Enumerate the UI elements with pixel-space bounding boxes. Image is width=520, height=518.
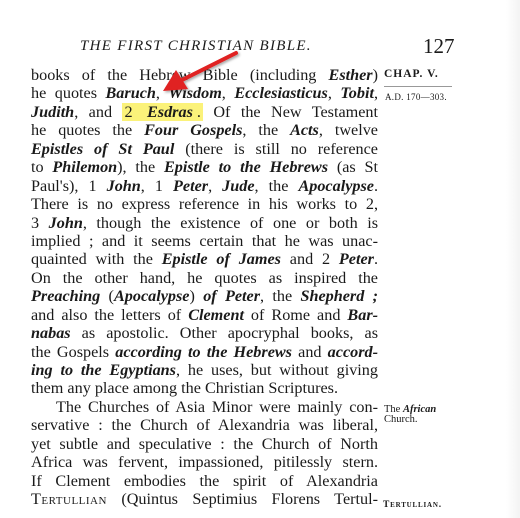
italic-title: Peter bbox=[339, 250, 374, 268]
text-run: On the other hand, he quotes as inspired… bbox=[31, 269, 378, 287]
text-run: , bbox=[374, 84, 378, 102]
italic-title: Shepherd ; bbox=[300, 287, 378, 305]
text-run: ) bbox=[189, 287, 203, 305]
text-line: Tertullian (Quintus Septimius Florens Te… bbox=[31, 490, 378, 508]
italic-title: Esther bbox=[329, 66, 373, 84]
italic-title: John bbox=[49, 214, 83, 232]
text-run: and 2 bbox=[281, 250, 339, 268]
text-run: , the bbox=[242, 121, 290, 139]
text-run: he quotes bbox=[31, 84, 106, 102]
text-run: . bbox=[374, 250, 378, 268]
text-line: nabas as apostolic. Other apocryphal boo… bbox=[31, 324, 378, 342]
italic-title: Acts bbox=[290, 121, 319, 139]
page-number: 127 bbox=[423, 34, 455, 59]
text-run: , 1 bbox=[141, 177, 173, 195]
italic-title: accord- bbox=[328, 343, 378, 361]
text-run: (there is still no reference bbox=[174, 140, 378, 158]
running-title: THE FIRST CHRISTIAN BIBLE. bbox=[80, 38, 312, 55]
text-run: , bbox=[208, 177, 222, 195]
text-run: implied ; and it seems certain that he w… bbox=[31, 232, 378, 250]
text-line: ing to the Egyptians, he uses, but witho… bbox=[31, 361, 378, 379]
text-line: Paul's), 1 John, 1 Peter, Jude, the Apoc… bbox=[31, 177, 378, 195]
text-run: The Churches of Asia Minor were mainly c… bbox=[56, 398, 378, 416]
text-line: books of the Hebrew Bible (including Est… bbox=[31, 66, 378, 84]
text-run: servative : the Church of Alexandria was… bbox=[31, 416, 378, 434]
text-line: implied ; and it seems certain that he w… bbox=[31, 232, 378, 250]
italic-title: Epistles of St Paul bbox=[31, 140, 174, 158]
highlighted-text: 2 bbox=[122, 103, 145, 121]
text-run: the Gospels bbox=[31, 343, 115, 361]
text-run: . bbox=[374, 177, 378, 195]
margin-chapter: CHAP. V. bbox=[384, 68, 439, 80]
italic-title: of Peter bbox=[203, 287, 260, 305]
text-line: and also the letters of Clement of Rome … bbox=[31, 306, 378, 324]
text-line: he quotes the Four Gospels, the Acts, tw… bbox=[31, 121, 378, 139]
text-run: , bbox=[328, 84, 341, 102]
text-run: he quotes the bbox=[31, 121, 144, 139]
text-run: and also the letters of bbox=[31, 306, 188, 324]
text-run: quainted with the bbox=[31, 250, 162, 268]
text-line: Preaching (Apocalypse) of Peter, the She… bbox=[31, 287, 378, 305]
text-run: books of the Hebrew Bible (including bbox=[31, 66, 329, 84]
text-run: There is no express reference in his wor… bbox=[31, 195, 378, 213]
text-run: , the bbox=[260, 287, 300, 305]
text-run: Paul's), 1 bbox=[31, 177, 107, 195]
text-line: yet subtle and speculative : the Church … bbox=[31, 435, 378, 453]
text-run: (Quintus Septimius Florens Tertul- bbox=[107, 490, 378, 508]
text-line: the Gospels according to the Hebrews and… bbox=[31, 343, 378, 361]
text-line: quainted with the Epistle of James and 2… bbox=[31, 250, 378, 268]
italic-title: Apocalypse bbox=[114, 287, 190, 305]
italic-title: Jude bbox=[222, 177, 254, 195]
text-line: There is no express reference in his wor… bbox=[31, 195, 378, 213]
italic-title: Baruch bbox=[106, 84, 156, 102]
text-line: If Clement embodies the spirit of Alexan… bbox=[31, 472, 378, 490]
text-run: yet subtle and speculative : the Church … bbox=[31, 435, 378, 453]
text-run: ) bbox=[373, 66, 378, 84]
italic-title: Epistle to the Hebrews bbox=[164, 158, 328, 176]
text-run: to bbox=[31, 158, 52, 176]
text-run: ( bbox=[100, 287, 114, 305]
text-line: The Churches of Asia Minor were mainly c… bbox=[31, 398, 378, 416]
text-run: , and bbox=[74, 103, 122, 121]
text-run: If Clement embodies the spirit of Alexan… bbox=[31, 472, 378, 490]
italic-title: Bar- bbox=[347, 306, 378, 324]
italic-title: Ecclesiasticus bbox=[234, 84, 328, 102]
text-line: Judith, and 2 Esdras. Of the New Testame… bbox=[31, 103, 378, 121]
margin-rule bbox=[384, 86, 452, 87]
margin-date: A.D. 170—303. bbox=[385, 92, 447, 102]
margin-note-tertullian: Tertullian. bbox=[383, 500, 442, 510]
italic-title: Four Gospels bbox=[144, 121, 242, 139]
italic-title: ing to the Egyptians bbox=[31, 361, 176, 379]
small-caps-name: Tertullian bbox=[31, 490, 107, 508]
text-line: servative : the Church of Alexandria was… bbox=[31, 416, 378, 434]
italic-title: Tobit bbox=[340, 84, 374, 102]
italic-title: nabas bbox=[31, 324, 71, 342]
text-line: Epistles of St Paul (there is still no r… bbox=[31, 140, 378, 158]
text-line: to Philemon), the Epistle to the Hebrews… bbox=[31, 158, 378, 176]
italic-title: Judith bbox=[31, 103, 74, 121]
italic-title: Wisdom bbox=[168, 84, 221, 102]
italic-title: Peter bbox=[173, 177, 208, 195]
italic-title: John bbox=[107, 177, 141, 195]
italic-title: according to the Hebrews bbox=[115, 343, 292, 361]
margin-note-african-church: The African Church. bbox=[384, 405, 436, 425]
margin-note-text: Church. bbox=[384, 414, 418, 425]
page-edge-shadow bbox=[506, 0, 520, 518]
text-run: (as St bbox=[328, 158, 378, 176]
italic-title: Philemon bbox=[52, 158, 117, 176]
text-run: Africa was fervent, impassioned, pitiles… bbox=[31, 453, 378, 471]
text-run: , twelve bbox=[319, 121, 378, 139]
text-run: , bbox=[222, 84, 235, 102]
text-run: Of the New Testament bbox=[203, 103, 378, 121]
text-run: , though the existence of one or both is bbox=[83, 214, 378, 232]
italic-title: Apocalypse bbox=[298, 177, 374, 195]
text-run: , the bbox=[255, 177, 299, 195]
text-line: he quotes Baruch, Wisdom, Ecclesiasticus… bbox=[31, 84, 378, 102]
text-run: 3 bbox=[31, 214, 49, 232]
italic-title: Epistle of James bbox=[162, 250, 281, 268]
text-run: ), the bbox=[117, 158, 164, 176]
text-run: , bbox=[156, 84, 169, 102]
text-run: them any place among the Christian Scrip… bbox=[31, 379, 338, 397]
italic-title: Preaching bbox=[31, 287, 100, 305]
italic-title: Clement bbox=[188, 306, 244, 324]
text-line: Africa was fervent, impassioned, pitiles… bbox=[31, 453, 378, 471]
text-line: them any place among the Christian Scrip… bbox=[31, 379, 378, 397]
highlighted-text: . bbox=[195, 103, 203, 121]
text-run: of Rome and bbox=[244, 306, 347, 324]
text-line: 3 John, though the existence of one or b… bbox=[31, 214, 378, 232]
text-run: as apostolic. Other apocryphal books, as bbox=[71, 324, 378, 342]
highlighted-text: Esdras bbox=[145, 103, 195, 121]
text-line: On the other hand, he quotes as inspired… bbox=[31, 269, 378, 287]
body-text: books of the Hebrew Bible (including Est… bbox=[31, 66, 378, 509]
text-run: and bbox=[292, 343, 328, 361]
book-page: THE FIRST CHRISTIAN BIBLE. 127 books of … bbox=[0, 0, 520, 518]
text-run: , he uses, but without giving bbox=[176, 361, 378, 379]
